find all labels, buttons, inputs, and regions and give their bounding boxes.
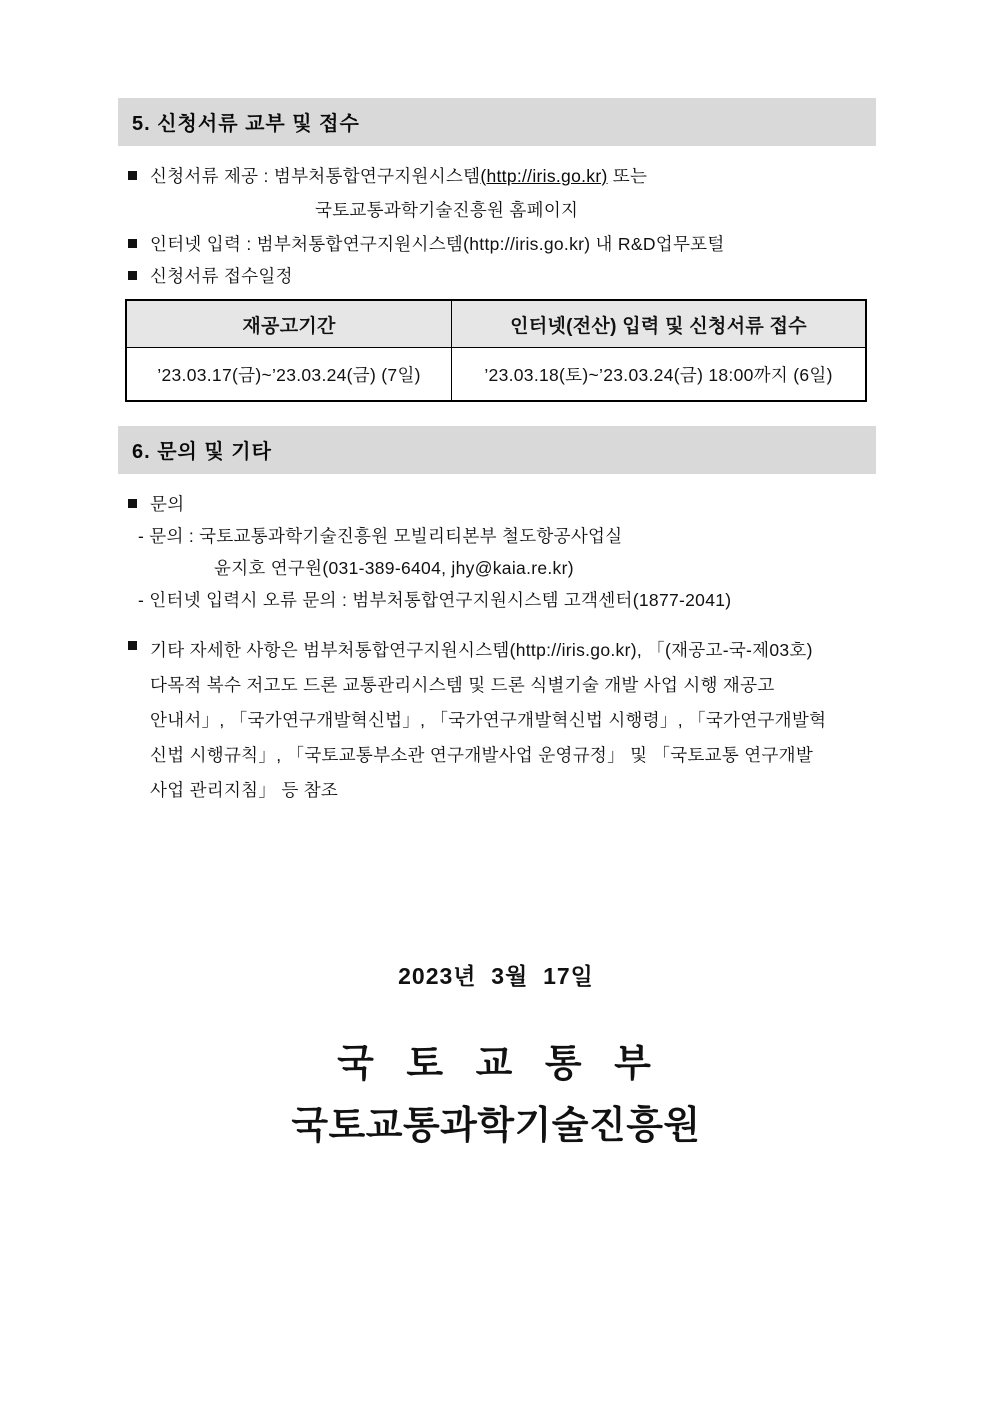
announcement-date: 2023년 3월 17일	[0, 958, 992, 991]
schedule-table-data-row: ’23.03.17(금)~’23.03.24(금) (7일) ’23.03.18…	[126, 348, 866, 402]
bullet-square-icon	[128, 499, 137, 508]
schedule-table-header-period: 재공고기간	[126, 300, 452, 348]
document-page: 5. 신청서류 교부 및 접수 신청서류 제공 : 범부처통합연구지원시스템(h…	[0, 0, 992, 1403]
inquiry-error-contact-line: - 인터넷 입력시 오류 문의 : 범부처통합연구지원시스템 고객센터(1877…	[138, 587, 876, 613]
schedule-table: 재공고기간 인터넷(전산) 입력 및 신청서류 접수 ’23.03.17(금)~…	[125, 299, 867, 402]
schedule-table-cell-period: ’23.03.17(금)~’23.03.24(금) (7일)	[126, 348, 452, 402]
bullet-submission-schedule: 신청서류 접수일정	[128, 263, 876, 289]
bullet1-suffix: 또는	[608, 166, 648, 186]
schedule-table-header-entry: 인터넷(전산) 입력 및 신청서류 접수	[452, 300, 866, 348]
bullet-inquiry-text: 문의	[150, 491, 184, 517]
bullet-inquiry: 문의	[128, 491, 876, 517]
agency-name: 국토교통과학기술진흥원	[0, 1094, 992, 1149]
ministry-name: 국 토 교 통 부	[0, 1032, 992, 1087]
section-5-title: 5. 신청서류 교부 및 접수	[132, 113, 360, 135]
section-5-header: 5. 신청서류 교부 및 접수	[118, 98, 876, 146]
schedule-table-header-row: 재공고기간 인터넷(전산) 입력 및 신청서류 접수	[126, 300, 866, 348]
etc-paragraph: 기타 자세한 사항은 범부처통합연구지원시스템(http://iris.go.k…	[150, 633, 826, 808]
bullet-square-icon	[128, 171, 137, 180]
bullet-docs-provided: 신청서류 제공 : 범부처통합연구지원시스템(http://iris.go.kr…	[128, 163, 876, 189]
section-6-header: 6. 문의 및 기타	[118, 426, 876, 474]
bullet-square-icon	[128, 641, 137, 650]
bullet-docs-provided-text: 신청서류 제공 : 범부처통합연구지원시스템(http://iris.go.kr…	[150, 163, 647, 189]
bullet-square-icon	[128, 271, 137, 280]
schedule-table-cell-entry: ’23.03.18(토)~’23.03.24(금) 18:00까지 (6일)	[452, 348, 866, 402]
bullet-submission-schedule-text: 신청서류 접수일정	[150, 263, 293, 289]
document-content: 5. 신청서류 교부 및 접수 신청서류 제공 : 범부처통합연구지원시스템(h…	[118, 98, 876, 808]
bullet1-prefix: 신청서류 제공 : 범부처통합연구지원시스템	[150, 166, 480, 186]
inquiry-contact-person: 윤지호 연구원(031-389-6404, jhy@kaia.re.kr)	[214, 555, 876, 581]
inquiry-contact-line: - 문의 : 국토교통과학기술진흥원 모빌리티본부 철도항공사업실	[138, 523, 876, 549]
bullet-etc: 기타 자세한 사항은 범부처통합연구지원시스템(http://iris.go.k…	[128, 633, 876, 808]
iris-url-link[interactable]: (http://iris.go.kr)	[480, 166, 607, 186]
bullet-internet-entry-text: 인터넷 입력 : 범부처통합연구지원시스템(http://iris.go.kr)…	[150, 231, 725, 257]
bullet-square-icon	[128, 239, 137, 248]
bullet-docs-provided-continuation: 국토교통과학기술진흥원 홈페이지	[315, 197, 876, 223]
section-6-title: 6. 문의 및 기타	[132, 441, 272, 463]
bullet-internet-entry: 인터넷 입력 : 범부처통합연구지원시스템(http://iris.go.kr)…	[128, 231, 876, 257]
